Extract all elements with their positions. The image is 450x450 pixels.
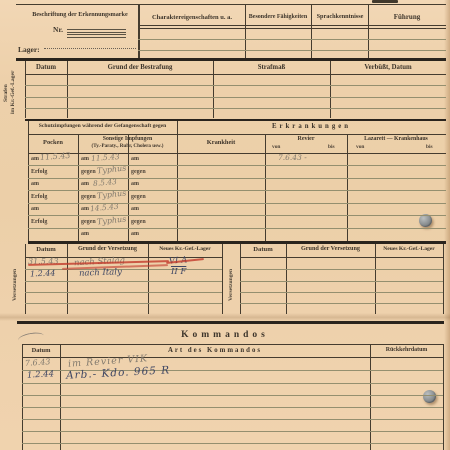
- id-title: Beschriftung der Erkennungsmarke: [24, 12, 136, 19]
- pow-record-card-scan: Beschriftung der Erkennungsmarke Nr. Lag…: [0, 0, 450, 450]
- versetzung-header-lager: Neues Kr.-Gef.-Lager: [375, 246, 443, 252]
- rule-line: [25, 97, 446, 98]
- handwriting-revier-date: 7.6.43 -: [278, 154, 307, 162]
- versetzung-header-lager: Neues Kr.-Gef.-Lager: [148, 246, 222, 252]
- rule-line: [25, 292, 222, 293]
- rule-line: [240, 292, 443, 293]
- rule-line: [240, 281, 443, 282]
- handwriting-impfung-gegen: Typhus: [97, 215, 127, 226]
- sonstige-gegen-label: gegen: [81, 194, 96, 200]
- hole-punch-bottom: [423, 390, 436, 403]
- rule-line: [370, 344, 371, 450]
- rule-line: [22, 344, 443, 345]
- rule-line: [138, 25, 446, 26]
- pocken-erfolg-label: Erfolg: [31, 219, 47, 225]
- versetzungen-side-label: Versetzungen: [228, 258, 234, 312]
- rule-line: [25, 108, 446, 109]
- rule-line: [22, 431, 443, 432]
- header-lazarett: Lazarett — Krankenhaus: [347, 136, 445, 142]
- rule-line: [222, 244, 223, 314]
- handwriting-kommando-datum: 7.6.43: [25, 358, 51, 368]
- rule-line: [22, 344, 23, 450]
- header-revier: Revier: [265, 136, 347, 143]
- rule-line: [265, 134, 266, 241]
- handwriting-versetzung-lager: II F: [171, 268, 186, 277]
- header-sonstige-impfungen: Sonstige Impfungen: [78, 136, 177, 142]
- rule-line: [240, 303, 443, 304]
- rule-line: [368, 4, 369, 59]
- sonstige-gegen-label: gegen: [131, 219, 146, 225]
- rule-line: [443, 344, 444, 450]
- rule-line: [22, 383, 443, 384]
- handwriting-impfung-gegen: Typhus: [97, 189, 127, 200]
- rule-line: [240, 269, 443, 270]
- rule-line: [240, 257, 443, 258]
- lazarett-bis-label: bis: [426, 144, 433, 150]
- sonstige-gegen-label: gegen: [81, 169, 96, 175]
- rule-line: [138, 28, 446, 29]
- header-krankheit: Krankheit: [177, 139, 265, 146]
- revier-bis-label: bis: [328, 144, 335, 150]
- rule-line: [25, 85, 446, 86]
- kommandos-header-rueckkehr: Rückkehrdatum: [370, 347, 443, 353]
- rule-line: [28, 215, 446, 216]
- rule-line: [347, 134, 348, 241]
- nr-label: Nr.: [50, 26, 66, 34]
- rule-line: [28, 241, 446, 244]
- handwriting-pocken-date: 11.5.43: [40, 152, 71, 162]
- col-header-sprachkenntnisse: Sprachkenntnisse: [313, 14, 367, 21]
- rule-line: [16, 4, 446, 5]
- impfungen-span-header: Schutzimpfungen während der Gefangenscha…: [30, 123, 175, 129]
- rule-line: [443, 244, 444, 314]
- pocken-am-label: am: [31, 206, 39, 212]
- rule-line: [138, 4, 140, 59]
- strafen-header-verbuesst: Verbüßt, Datum: [330, 64, 446, 71]
- handwriting-impfung-gegen: Typhus: [97, 164, 127, 175]
- rule-line: [28, 178, 446, 179]
- col-header-charaktereigenschaften: Charaktereigenschaften u. a.: [140, 14, 244, 21]
- strafen-header-datum: Datum: [25, 64, 67, 71]
- rule-line: [28, 134, 446, 135]
- versetzung-header-datum: Datum: [25, 246, 67, 253]
- sonstige-gegen-label: gegen: [81, 219, 96, 225]
- rule-line: [60, 344, 61, 450]
- rule-line: [28, 165, 446, 166]
- sonstige-am-label: am: [81, 206, 89, 212]
- pocken-am-label: am: [31, 181, 39, 187]
- revier-von-label: von: [272, 144, 280, 150]
- sonstige-am-label: am: [81, 156, 89, 162]
- rule-line: [245, 4, 246, 59]
- strafen-header-strafmass: Strafmaß: [213, 64, 330, 71]
- nr-blank-line: [67, 34, 126, 35]
- rule-line: [22, 407, 443, 408]
- sonstige-gegen-label: gegen: [131, 169, 146, 175]
- rule-line: [17, 321, 444, 324]
- versetzung-header-grund: Grund der Versetzung: [67, 246, 148, 253]
- handwriting-versetzung-grund: nach Italy: [79, 268, 122, 278]
- scan-edge-mark: [372, 0, 398, 3]
- rule-line: [22, 443, 443, 444]
- erkrankungen-span-header: Erkrankungen: [177, 123, 446, 130]
- versetzungen-side-label: Versetzungen: [12, 258, 18, 312]
- rule-line: [25, 74, 446, 75]
- rule-line: [138, 39, 446, 40]
- pocken-am-label: am: [31, 156, 39, 162]
- rule-line: [16, 58, 446, 61]
- nr-blank-line: [67, 32, 126, 33]
- rule-line: [22, 395, 443, 396]
- handwriting-versetzung-datum: 1.2.44: [30, 270, 56, 279]
- strafen-header-grund: Grund der Bestrafung: [67, 64, 213, 71]
- rule-line: [25, 281, 222, 282]
- strafen-side-label-2: im Kr.-Gef.-Lager: [10, 64, 16, 120]
- sonstige-am-label: am: [131, 231, 139, 237]
- rule-line: [78, 134, 79, 241]
- rule-line: [25, 303, 222, 304]
- col-header-fuehrung: Führung: [370, 14, 444, 22]
- kommandos-header-art: Art des Kommandos: [60, 347, 370, 354]
- lazarett-von-label: von: [356, 144, 364, 150]
- sonstige-am-label: am: [131, 181, 139, 187]
- rule-line: [22, 419, 443, 420]
- lager-blank-line: [44, 48, 136, 49]
- rule-line: [311, 4, 312, 59]
- pocken-erfolg-label: Erfolg: [31, 169, 47, 175]
- header-sonstige-impfungen-detail: (Ty.-Paraty., Ruhr, Cholera usw.): [78, 144, 177, 150]
- nr-blank-line: [67, 37, 126, 38]
- rule-line: [28, 190, 446, 191]
- rule-line: [138, 50, 446, 51]
- rule-line: [28, 228, 446, 229]
- col-header-besondere-faehigkeiten: Besondere Fähigkeiten: [247, 14, 309, 21]
- kommandos-title: Kommandos: [150, 330, 300, 340]
- versetzung-header-datum: Datum: [240, 246, 286, 253]
- strafen-side-label: Strafen: [3, 72, 9, 114]
- nr-blank-line: [67, 29, 126, 30]
- rule-line: [128, 134, 129, 241]
- lager-label: Lager:: [18, 46, 44, 54]
- handwriting-impfung-date: 8.5.43: [93, 178, 117, 188]
- pocken-erfolg-label: Erfolg: [31, 194, 47, 200]
- versetzung-header-grund: Grund der Versetzung: [286, 246, 375, 253]
- kommandos-header-datum: Datum: [22, 347, 60, 354]
- header-pocken: Pocken: [28, 139, 78, 146]
- sonstige-am-label: am: [81, 231, 89, 237]
- handwriting-kommando-datum: 1.2.44: [27, 370, 54, 380]
- sonstige-am-label: am: [131, 206, 139, 212]
- rule-line: [25, 119, 446, 122]
- handwriting-impfung-date: 11.5.43: [91, 153, 120, 162]
- sonstige-gegen-label: gegen: [131, 194, 146, 200]
- handwriting-impfung-date: 14.5.43: [90, 203, 119, 213]
- sonstige-am-label: am: [81, 181, 89, 187]
- card-crease: [0, 313, 450, 321]
- sonstige-am-label: am: [131, 156, 139, 162]
